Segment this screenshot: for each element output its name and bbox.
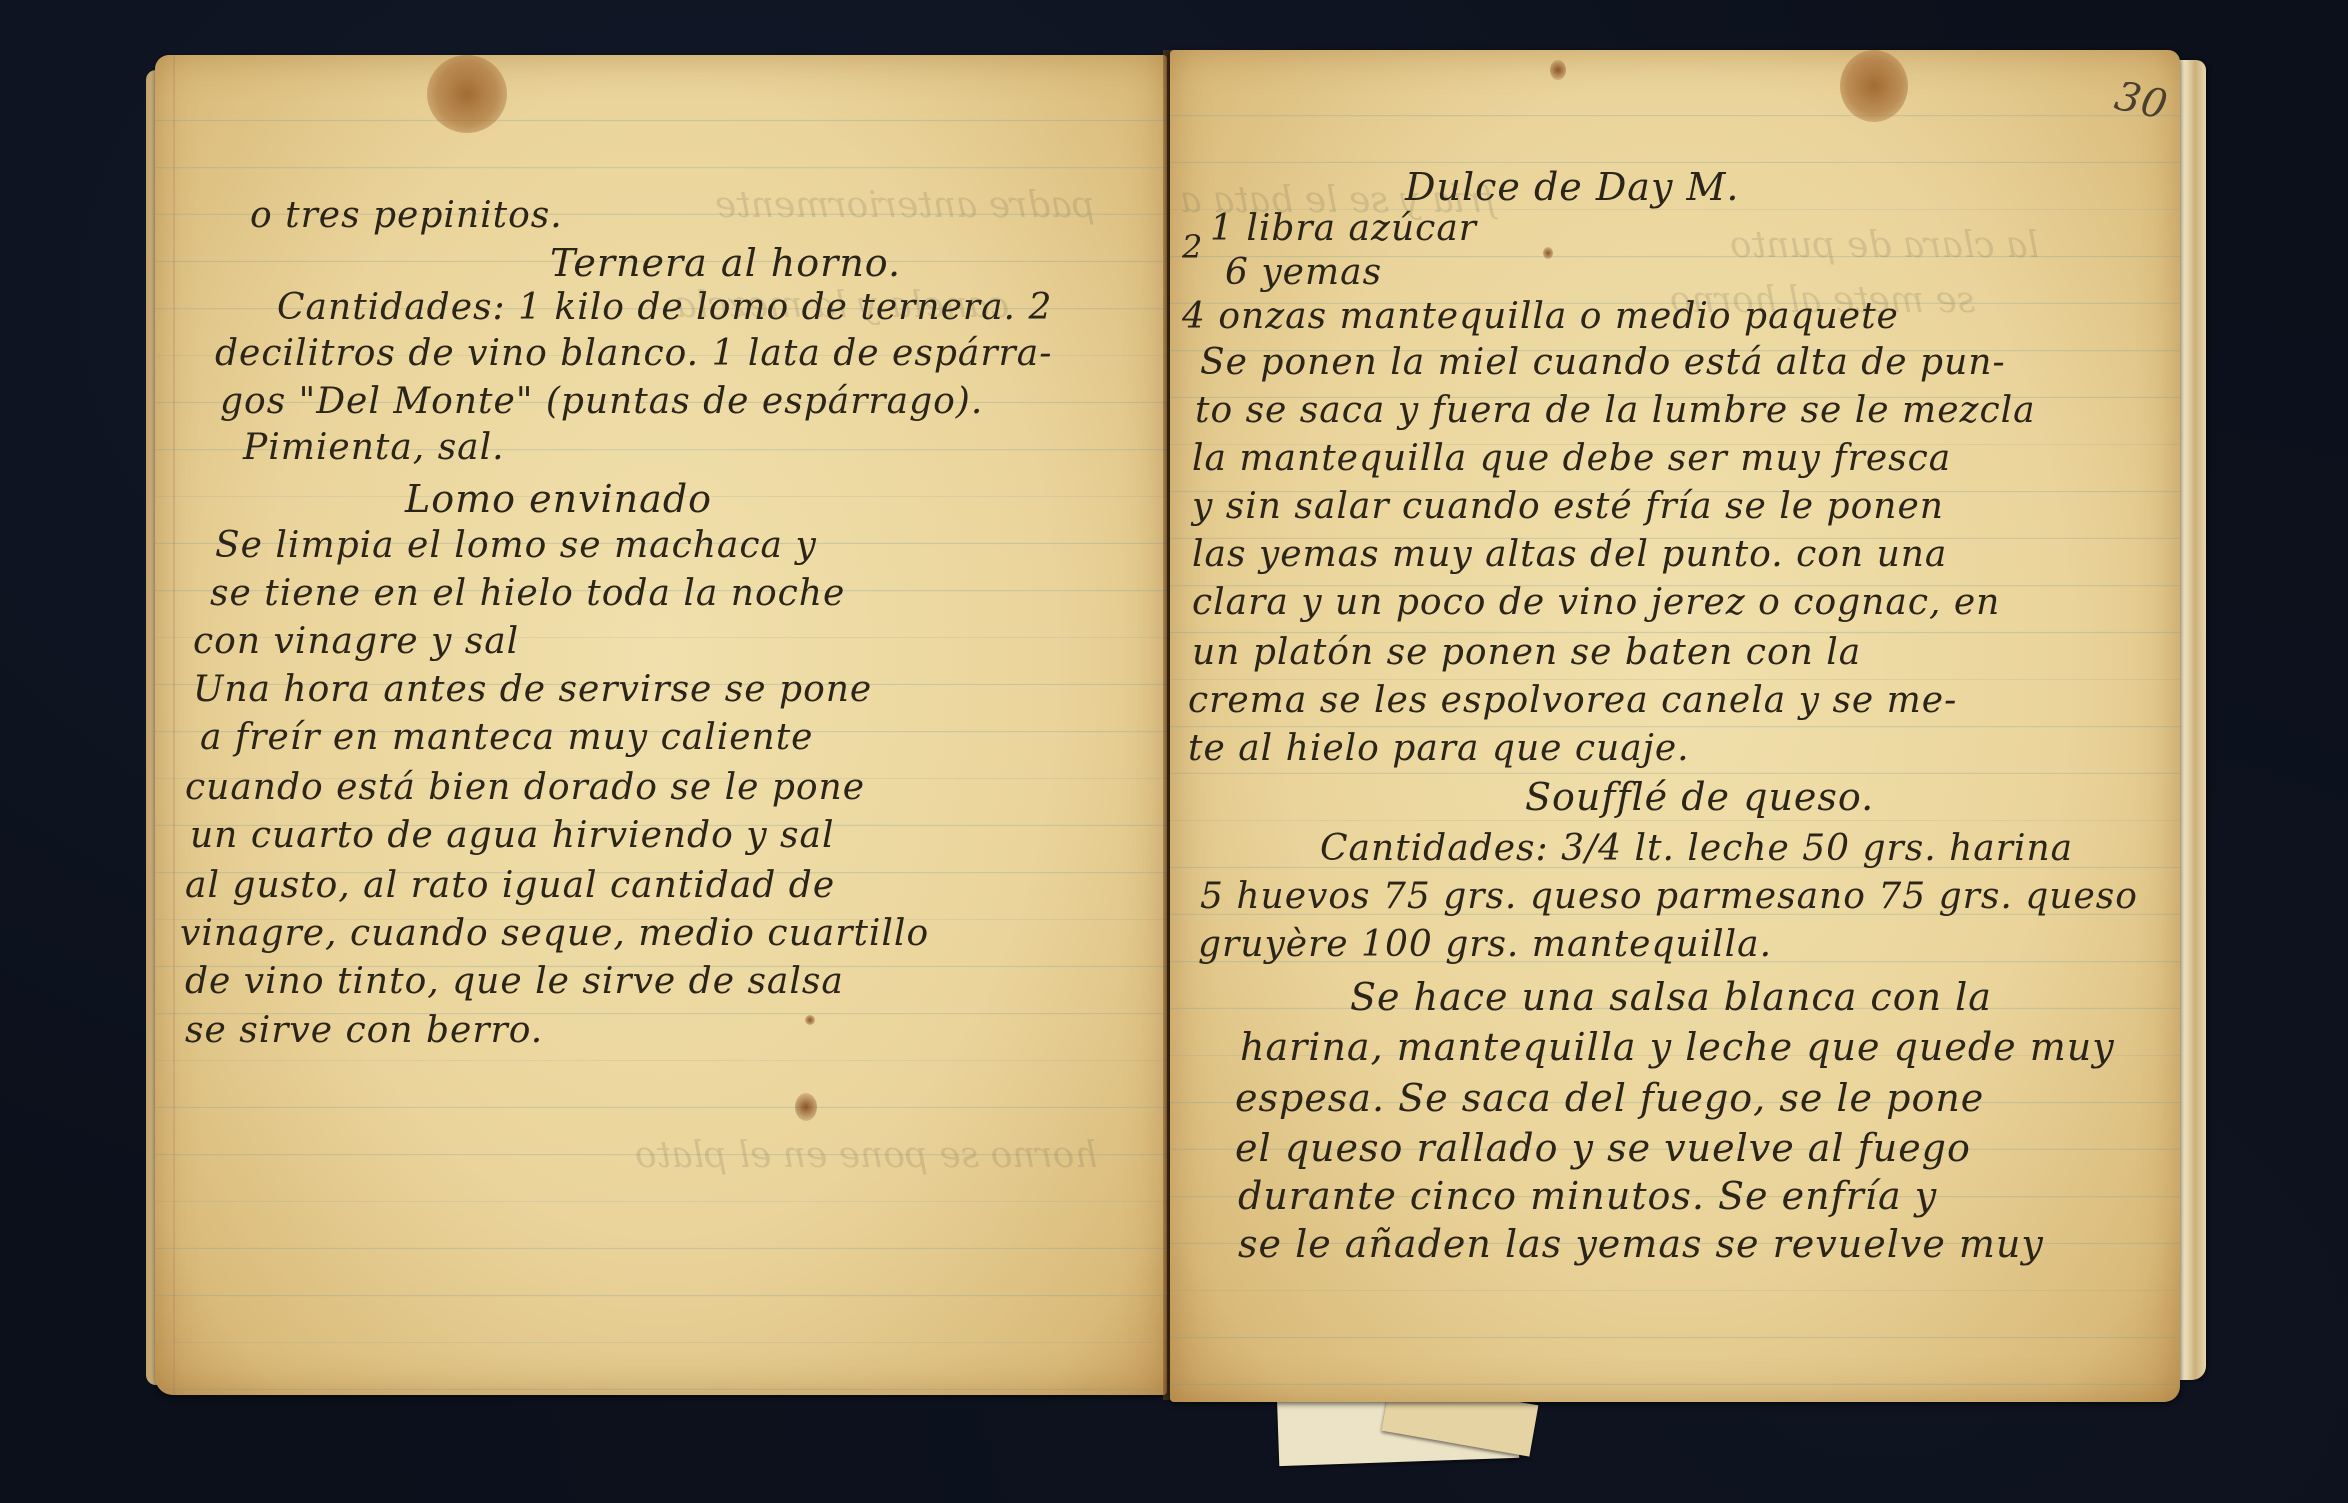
text-line: to se saca y fuera de la lumbre se le me… (1195, 390, 2036, 431)
text-line: el queso rallado y se vuelve al fuego (1235, 1126, 1971, 1170)
text-line: Se hace una salsa blanca con la (1350, 975, 1992, 1019)
recipe-title: Dulce de Day M. (1405, 165, 1740, 209)
text-line: se sirve con berro. (185, 1010, 543, 1051)
text-line: 5 huevos 75 grs. queso parmesano 75 grs.… (1200, 876, 2138, 917)
right-page: fría y se le bata a la clara de punto se… (1170, 50, 2180, 1402)
text-line: de vino tinto, que le sirve de salsa (185, 961, 844, 1002)
text-line: y sin salar cuando esté fría se le ponen (1192, 486, 1944, 527)
recipe-title: Soufflé de queso. (1525, 775, 1874, 819)
text-line: un cuarto de agua hirviendo y sal (190, 815, 834, 856)
stain (795, 1093, 817, 1121)
text-line: gruyère 100 grs. mantequilla. (1198, 924, 1772, 965)
text-line: espesa. Se saca del fuego, se le pone (1235, 1076, 1984, 1120)
text-line: con vinagre y sal (193, 621, 519, 662)
text-line: 4 onzas mantequilla o medio paquete (1182, 296, 1899, 337)
stain (1840, 50, 1908, 122)
text-line: a freír en manteca muy caliente (200, 717, 814, 758)
text-line: un platón se ponen se baten con la (1192, 632, 1861, 673)
text-line: Cantidades: 1 kilo de lomo de ternera. 2 (277, 287, 1052, 328)
text-line: te al hielo para que cuaje. (1188, 728, 1690, 769)
text-line: 1 libra azúcar (1210, 208, 1477, 249)
text-line: crema se les espolvorea canela y se me- (1188, 680, 1957, 721)
text-line: la mantequilla que debe ser muy fresca (1192, 438, 1951, 479)
margin-line (173, 55, 175, 1395)
text-line: clara y un poco de vino jerez o cognac, … (1192, 582, 2000, 623)
text-line: al gusto, al rato igual cantidad de (185, 865, 835, 906)
text-line: o tres pepinitos. (250, 195, 563, 236)
text-line: durante cinco minutos. Se enfría y (1238, 1174, 1937, 1218)
left-page: padre anteriormente canela y la mezcla h… (155, 55, 1167, 1395)
stain (427, 55, 507, 133)
recipe-title: Lomo envinado (405, 477, 712, 521)
text-line: Una hora antes de servirse se pone (193, 669, 872, 710)
bleed-through-text: padre anteriormente (715, 185, 1095, 226)
text-line: Pimienta, sal. (243, 427, 505, 468)
margin-note: 2 (1182, 228, 1203, 266)
text-line: decilitros de vino blanco. 1 lata de esp… (215, 333, 1052, 374)
text-line: gos "Del Monte" (puntas de espárrago). (220, 381, 983, 422)
text-line: las yemas muy altas del punto. con una (1192, 534, 1947, 575)
recipe-title: Ternera al horno. (550, 241, 901, 285)
text-line: se le añaden las yemas se revuelve muy (1238, 1222, 2044, 1266)
stain (1550, 60, 1566, 80)
text-line: Cantidades: 3/4 lt. leche 50 grs. harina (1320, 828, 2073, 869)
bleed-through-text: horno se pone en el plato (635, 1135, 1098, 1176)
stain (1543, 247, 1553, 259)
text-line: Se limpia el lomo se machaca y (215, 525, 817, 566)
text-line: se tiene en el hielo toda la noche (210, 573, 845, 614)
text-line: 6 yemas (1225, 252, 1382, 293)
text-line: Se ponen la miel cuando está alta de pun… (1200, 342, 2006, 383)
stain (805, 1015, 815, 1025)
text-line: vinagre, cuando seque, medio cuartillo (180, 913, 929, 954)
bleed-through-text: la clara de punto (1730, 225, 2039, 266)
text-line: cuando está bien dorado se le pone (185, 767, 865, 808)
text-line: harina, mantequilla y leche que quede mu… (1240, 1025, 2115, 1069)
